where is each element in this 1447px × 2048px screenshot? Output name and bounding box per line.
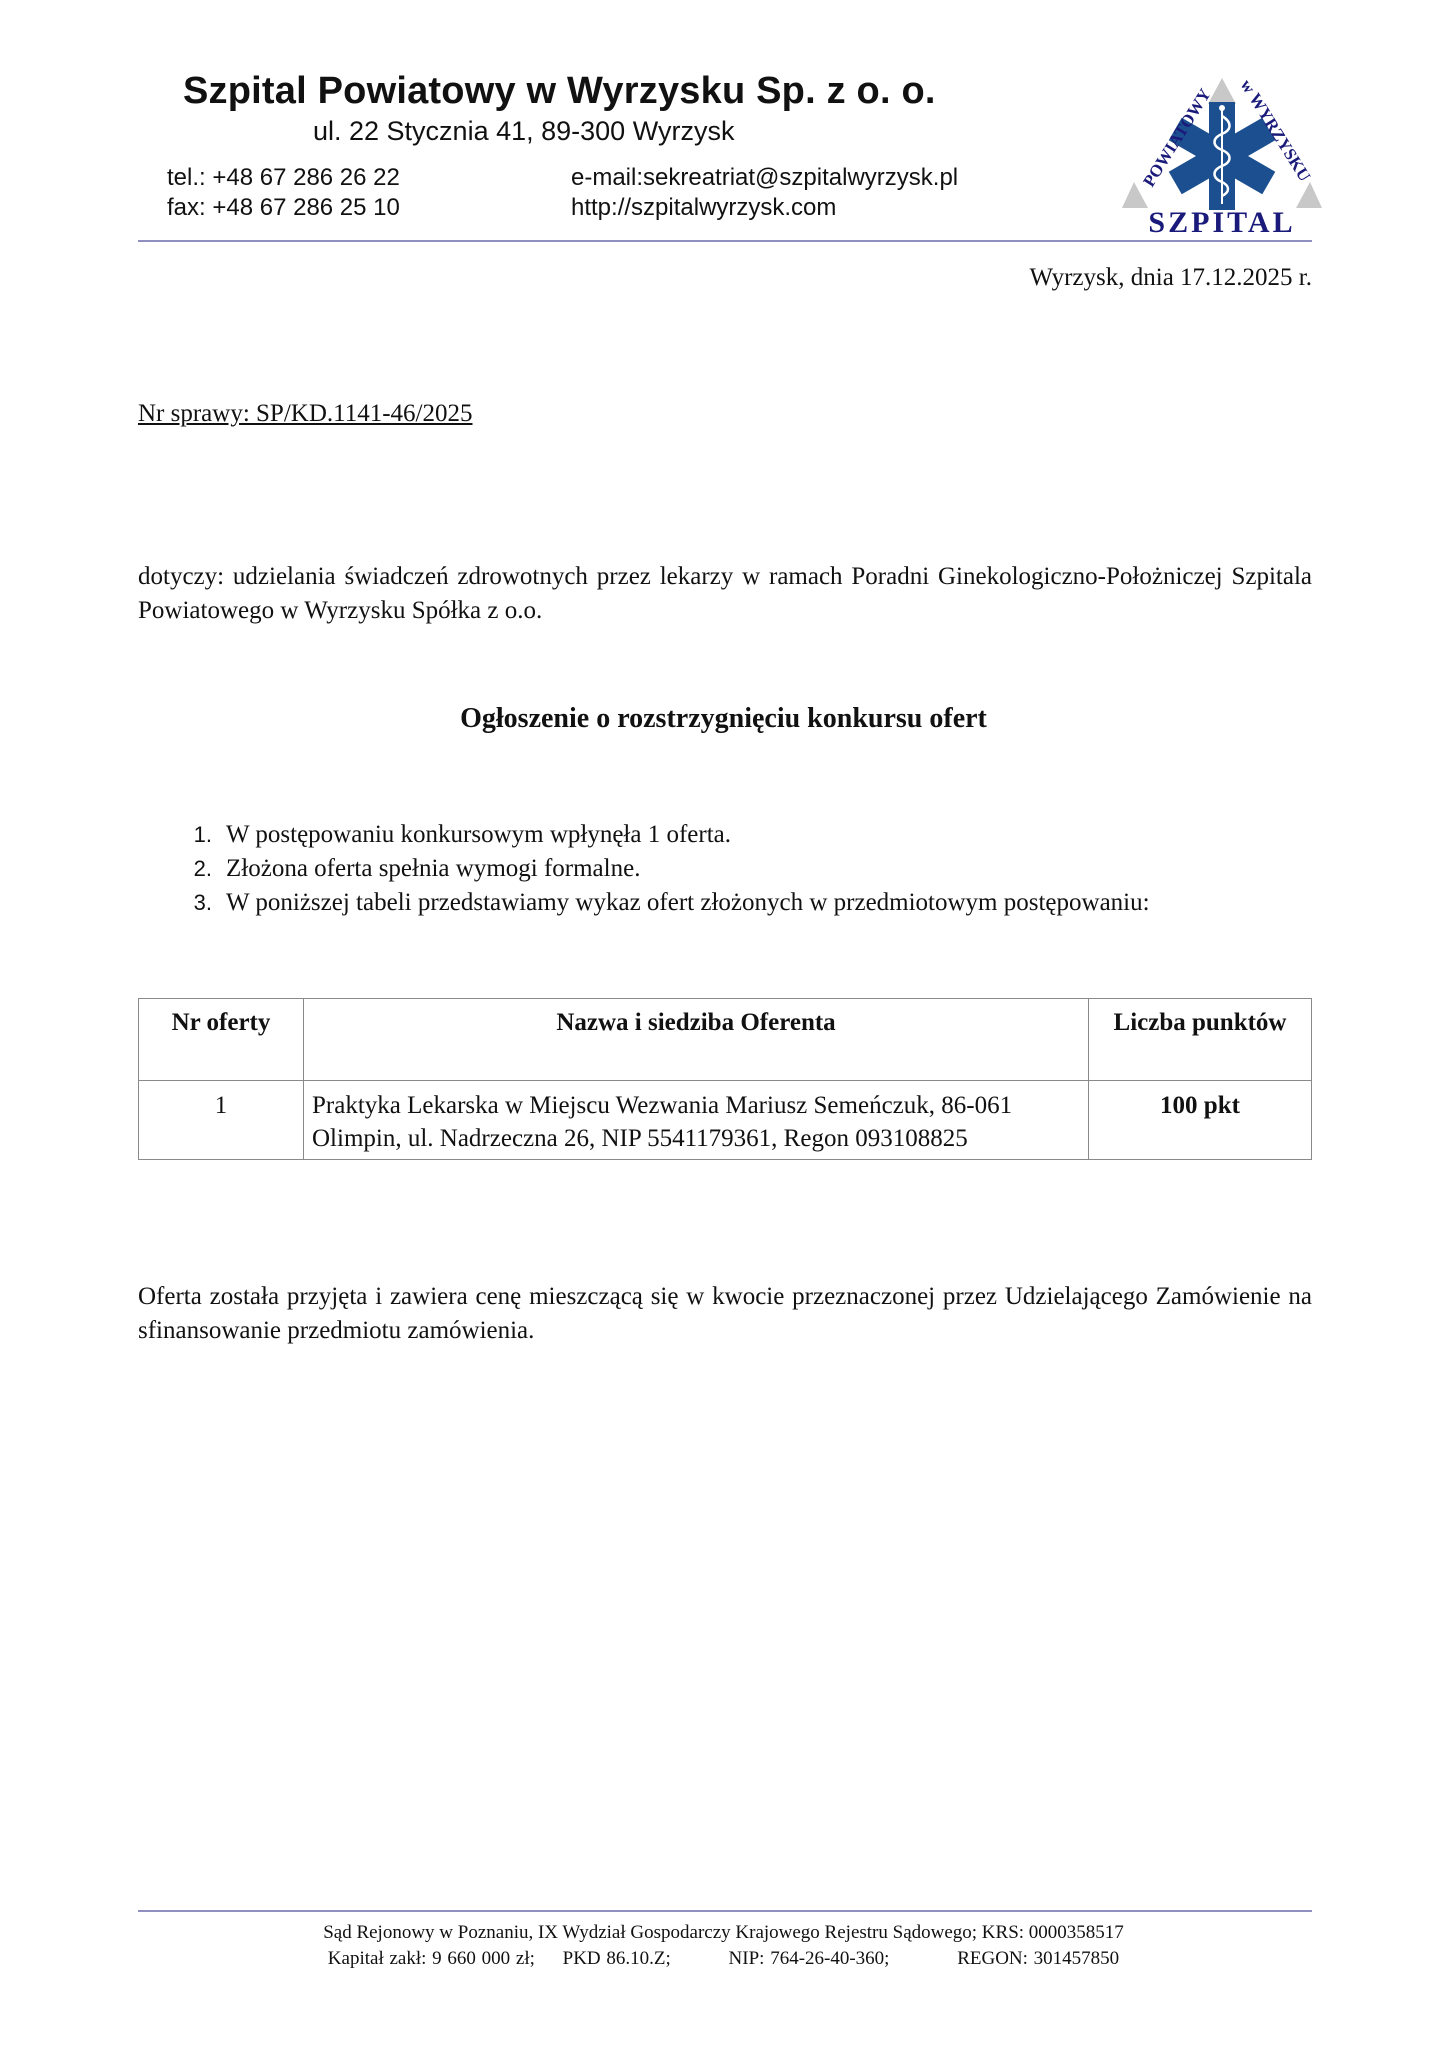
list-number: 3. bbox=[138, 886, 226, 920]
table-header-row: Nr oferty Nazwa i siedziba Oferenta Licz… bbox=[139, 999, 1312, 1081]
cell-offer-number: 1 bbox=[139, 1081, 304, 1160]
footer-capital: Kapitał zakł: 9 660 000 zł; bbox=[328, 1948, 535, 1970]
list-text: W poniższej tabeli przedstawiamy wykaz o… bbox=[226, 886, 1150, 920]
footer-regon: REGON: 301457850 bbox=[957, 1948, 1119, 1970]
header-divider bbox=[138, 240, 1312, 242]
case-number: Nr sprawy: SP/KD.1141-46/2025 bbox=[138, 400, 473, 428]
email-address: e-mail:sekreatriat@szpitalwyrzysk.pl bbox=[571, 164, 958, 192]
document-heading: Ogłoszenie o rozstrzygnięciu konkursu of… bbox=[0, 703, 1447, 735]
points-list: 1. W postępowaniu konkursowym wpłynęła 1… bbox=[138, 818, 1150, 920]
footer-company-details: Kapitał zakł: 9 660 000 zł; PKD 86.10.Z;… bbox=[0, 1948, 1447, 1970]
header-bidder-name: Nazwa i siedziba Oferenta bbox=[304, 999, 1089, 1081]
header-offer-number: Nr oferty bbox=[139, 999, 304, 1081]
website-address: http://szpitalwyrzysk.com bbox=[571, 194, 836, 222]
cell-bidder-name: Praktyka Lekarska w Miejscu Wezwania Mar… bbox=[304, 1081, 1089, 1160]
hospital-logo: POWIATOWY w WYRZYSKU SZPITAL bbox=[1112, 70, 1332, 238]
list-text: W postępowaniu konkursowym wpłynęła 1 of… bbox=[226, 818, 731, 852]
svg-text:SZPITAL: SZPITAL bbox=[1148, 206, 1295, 238]
list-number: 2. bbox=[138, 852, 226, 886]
table-row: 1 Praktyka Lekarska w Miejscu Wezwania M… bbox=[139, 1081, 1312, 1160]
hospital-address: ul. 22 Stycznia 41, 89-300 Wyrzysk bbox=[313, 116, 734, 147]
list-item: 3. W poniższej tabeli przedstawiamy wyka… bbox=[138, 886, 1150, 920]
hospital-name: Szpital Powiatowy w Wyrzysku Sp. z o. o. bbox=[183, 70, 936, 113]
list-number: 1. bbox=[138, 818, 226, 852]
fax-number: fax: +48 67 286 25 10 bbox=[167, 194, 400, 222]
closing-paragraph: Oferta została przyjęta i zawiera cenę m… bbox=[138, 1280, 1312, 1348]
subject-paragraph: dotyczy: udzielania świadczeń zdrowotnyc… bbox=[138, 560, 1312, 628]
cell-points: 100 pkt bbox=[1089, 1081, 1312, 1160]
phone-number: tel.: +48 67 286 26 22 bbox=[167, 164, 400, 192]
header-points: Liczba punktów bbox=[1089, 999, 1312, 1081]
footer-pkd: PKD 86.10.Z; bbox=[563, 1948, 671, 1970]
offers-table: Nr oferty Nazwa i siedziba Oferenta Licz… bbox=[138, 998, 1312, 1160]
footer-registry: Sąd Rejonowy w Poznaniu, IX Wydział Gosp… bbox=[0, 1922, 1447, 1944]
footer-nip: NIP: 764-26-40-360; bbox=[729, 1948, 890, 1970]
star-of-life-icon: POWIATOWY w WYRZYSKU SZPITAL bbox=[1112, 70, 1332, 238]
footer-divider bbox=[138, 1910, 1312, 1912]
list-text: Złożona oferta spełnia wymogi formalne. bbox=[226, 852, 640, 886]
list-item: 2. Złożona oferta spełnia wymogi formaln… bbox=[138, 852, 1150, 886]
list-item: 1. W postępowaniu konkursowym wpłynęła 1… bbox=[138, 818, 1150, 852]
document-date: Wyrzysk, dnia 17.12.2025 r. bbox=[1030, 264, 1312, 292]
